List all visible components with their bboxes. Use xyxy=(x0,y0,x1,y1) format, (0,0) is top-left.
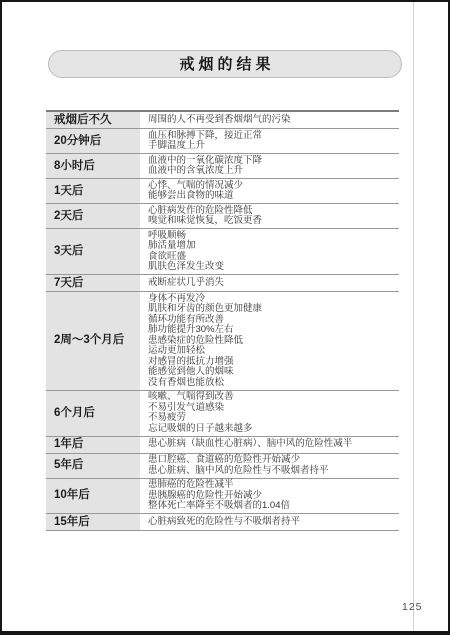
table-row: 1天后心悸、气喘的情况减少能够尝出食物的味道 xyxy=(46,179,399,204)
row-effects: 血液中的一氧化碳浓度下降血液中的含氧浓度上升 xyxy=(146,154,399,178)
effect-line: 能够尝出食物的味道 xyxy=(148,191,395,202)
effect-line: 没有香烟也能放松 xyxy=(148,378,395,389)
row-effects: 患口腔癌、食道癌的危险性开始减少患心脏病、脑中风的危险性与不吸烟者持平 xyxy=(146,454,399,478)
effect-line: 患肺癌的危险性减半 xyxy=(148,480,395,491)
row-time-label: 7天后 xyxy=(46,275,140,291)
scan-border-top xyxy=(0,0,450,2)
row-time-label: 戒烟后不久 xyxy=(46,112,140,128)
page-edge-line xyxy=(413,2,414,631)
table-row: 5年后患口腔癌、食道癌的危险性开始减少患心脏病、脑中风的危险性与不吸烟者持平 xyxy=(46,454,399,479)
effect-line: 运动更加轻松 xyxy=(148,346,395,357)
effect-line: 不易疲劳 xyxy=(148,413,395,424)
row-time-label: 1天后 xyxy=(46,179,140,203)
quit-smoking-results-table: 戒烟后不久周围的人不再受到香烟烟气的污染20分钟后血压和脉搏下降，接近正常手脚温… xyxy=(46,110,399,531)
row-time-label: 3天后 xyxy=(46,229,140,274)
effect-line: 整体死亡率降至不吸烟者的1.04倍 xyxy=(148,501,395,512)
page-number: 125 xyxy=(402,601,423,613)
effect-line: 周围的人不再受到香烟烟气的污染 xyxy=(148,115,395,126)
row-effects: 呼吸顺畅肺活量增加食欲旺盛肌肤色泽发生改变 xyxy=(146,229,399,274)
row-effects: 身体不再发冷肌肤和牙齿的颜色更加健康循环功能有所改善肺功能提升30%左右患感染症… xyxy=(146,292,399,390)
row-effects: 患肺癌的危险性减半患胰腺癌的危险性开始减少整体死亡率降至不吸烟者的1.04倍 xyxy=(146,479,399,514)
scan-border-left xyxy=(0,0,2,635)
row-effects: 戒断症状几乎消失 xyxy=(146,275,399,291)
scan-border-bottom xyxy=(0,631,450,635)
effect-line: 患口腔癌、食道癌的危险性开始减少 xyxy=(148,455,395,466)
effect-line: 肌肤色泽发生改变 xyxy=(148,262,395,273)
effect-line: 患心脏病（缺血性心脏病）、脑中风的危险性减半 xyxy=(148,439,395,450)
row-effects: 心脏病致死的危险性与不吸烟者持平 xyxy=(146,514,399,530)
effect-line: 忘记吸烟的日子越来越多 xyxy=(148,424,395,435)
effect-line: 患心脏病、脑中风的危险性与不吸烟者持平 xyxy=(148,466,395,477)
row-effects: 心悸、气喘的情况减少能够尝出食物的味道 xyxy=(146,179,399,203)
row-time-label: 6个月后 xyxy=(46,391,140,436)
table-row: 15年后心脏病致死的危险性与不吸烟者持平 xyxy=(46,514,399,531)
table-row: 3天后呼吸顺畅肺活量增加食欲旺盛肌肤色泽发生改变 xyxy=(46,229,399,275)
page-title: 戒烟的结果 xyxy=(175,57,274,72)
effect-line: 能感觉到他人的烟味 xyxy=(148,367,395,378)
effect-line: 咳嗽、气喘得到改善 xyxy=(148,392,395,403)
effect-line: 嗅觉和味觉恢复，吃饭更香 xyxy=(148,216,395,227)
table-row: 20分钟后血压和脉搏下降，接近正常手脚温度上升 xyxy=(46,129,399,154)
table-row: 戒烟后不久周围的人不再受到香烟烟气的污染 xyxy=(46,112,399,129)
row-time-label: 10年后 xyxy=(46,479,140,514)
section-title-pill: 戒烟的结果 xyxy=(48,50,402,78)
row-time-label: 2周～3个月后 xyxy=(46,292,140,390)
effect-line: 戒断症状几乎消失 xyxy=(148,278,395,289)
row-effects: 周围的人不再受到香烟烟气的污染 xyxy=(146,112,399,128)
row-effects: 患心脏病（缺血性心脏病）、脑中风的危险性减半 xyxy=(146,437,399,453)
table-row: 2周～3个月后身体不再发冷肌肤和牙齿的颜色更加健康循环功能有所改善肺功能提升30… xyxy=(46,292,399,391)
table-row: 8小时后血液中的一氧化碳浓度下降血液中的含氧浓度上升 xyxy=(46,154,399,179)
table-row: 2天后心脏病发作的危险性降低嗅觉和味觉恢复，吃饭更香 xyxy=(46,204,399,229)
row-effects: 血压和脉搏下降，接近正常手脚温度上升 xyxy=(146,129,399,153)
effect-line: 手脚温度上升 xyxy=(148,141,395,152)
effect-line: 肌肤和牙齿的颜色更加健康 xyxy=(148,304,395,315)
effect-line: 肺功能提升30%左右 xyxy=(148,325,395,336)
effect-line: 血液中的含氧浓度上升 xyxy=(148,166,395,177)
table-row: 7天后戒断症状几乎消失 xyxy=(46,275,399,292)
table-row: 1年后患心脏病（缺血性心脏病）、脑中风的危险性减半 xyxy=(46,437,399,454)
table-row: 6个月后咳嗽、气喘得到改善不易引发气道感染不易疲劳忘记吸烟的日子越来越多 xyxy=(46,391,399,437)
row-time-label: 15年后 xyxy=(46,514,140,530)
scanned-book-page: 戒烟的结果 戒烟后不久周围的人不再受到香烟烟气的污染20分钟后血压和脉搏下降，接… xyxy=(0,0,450,635)
row-time-label: 1年后 xyxy=(46,437,140,453)
effect-line: 心脏病致死的危险性与不吸烟者持平 xyxy=(148,517,395,528)
row-time-label: 5年后 xyxy=(46,454,140,478)
row-time-label: 8小时后 xyxy=(46,154,140,178)
table-row: 10年后患肺癌的危险性减半患胰腺癌的危险性开始减少整体死亡率降至不吸烟者的1.0… xyxy=(46,479,399,515)
row-time-label: 20分钟后 xyxy=(46,129,140,153)
row-effects: 咳嗽、气喘得到改善不易引发气道感染不易疲劳忘记吸烟的日子越来越多 xyxy=(146,391,399,436)
effect-line: 肺活量增加 xyxy=(148,241,395,252)
row-effects: 心脏病发作的危险性降低嗅觉和味觉恢复，吃饭更香 xyxy=(146,204,399,228)
row-time-label: 2天后 xyxy=(46,204,140,228)
